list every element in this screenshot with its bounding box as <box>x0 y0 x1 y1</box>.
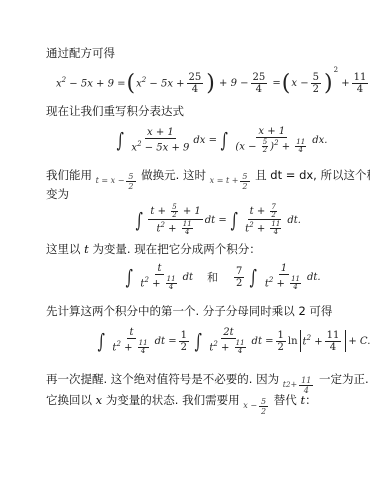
paragraph-split: 这里以 t 为变量. 现在把它分成两个积分： <box>46 242 261 256</box>
paragraph-substitution-line2: 变为 <box>46 187 69 201</box>
connector-and: 和 <box>207 269 218 285</box>
equation-two-integrals: ∫ tt2 + 114 dt 和 72 ∫ 1t2 + 114 dt. <box>122 260 321 294</box>
paragraph-rewrite: 现在让我们重写积分表达式 <box>46 104 184 118</box>
equation-substituted-integral: ∫ t + 52 + 1t2 + 114 dt = ∫ t + 72t2 + 1… <box>132 204 301 236</box>
back-substitution-expression: x − 52 <box>243 397 270 416</box>
inverse-substitution: x = t + 52 <box>210 172 252 191</box>
substitution-expression: t = x − 52 <box>96 172 138 191</box>
paragraph-reminder: 再一次提醒. 这个绝对值符号是不必要的. 因为 t2 + 114 一定为正. 为… <box>46 372 370 395</box>
equation-log-result: ∫ tt2 + 114 dt = 12 ∫ 2tt2 + 114 dt = 12… <box>94 324 370 358</box>
paragraph-intro: 通过配方可得 <box>46 46 115 60</box>
paragraph-substitution: 我们能用 t = x − 52 做换元. 这时 x = t + 52 且 dt … <box>46 168 370 191</box>
paragraph-first-integral: 先计算这两个积分中的第一个. 分子分母同时乘以 2 可得 <box>46 304 332 318</box>
equation-integral-rewrite: ∫ x + 1x2 − 5x + 9 dx = ∫ x + 1(x − 52)2… <box>113 124 327 156</box>
positive-expression: t2 + 114 <box>283 376 316 395</box>
paragraph-reminder-line2: 它换回以 x 为变量的状态. 我们需要用 x − 52 替代 t： <box>46 393 317 416</box>
equation-completing-square: x2 − 5x + 9 = ( x2 − 5x + 254 ) + 9 − 25… <box>56 66 370 100</box>
